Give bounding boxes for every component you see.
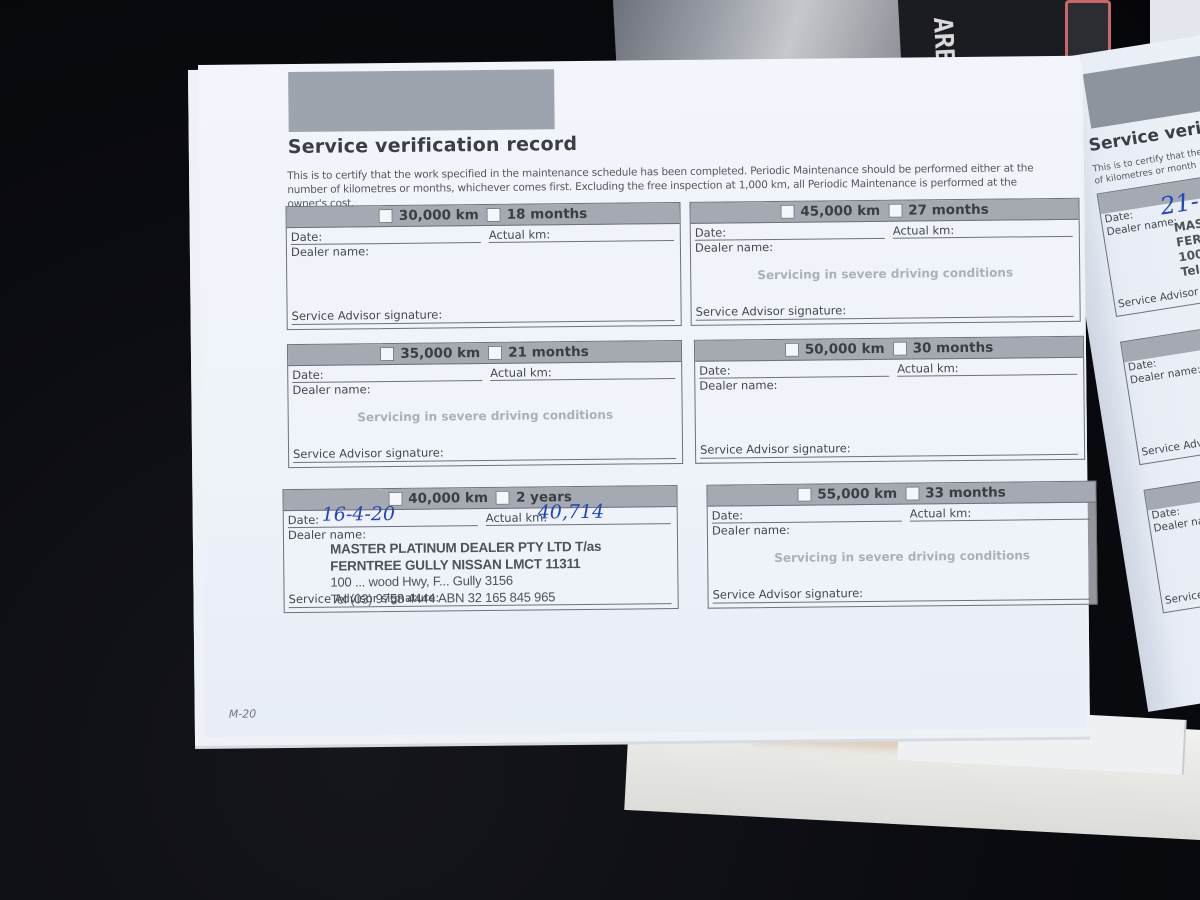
- facing-record-1: 21- Date: Dealer name: MAS FER 100 Tel S…: [1097, 164, 1200, 317]
- facing-record-2: Date: Dealer name: Ser Service Advisor: [1120, 312, 1200, 465]
- dealer-name-label: Dealer name:: [695, 240, 773, 255]
- period-checkbox[interactable]: [496, 491, 510, 505]
- date-km-row: Date: 16-4-20 Actual km: 40,714: [288, 508, 671, 528]
- period-checkbox[interactable]: [488, 346, 502, 360]
- service-advisor-signature[interactable]: Service Advisor signature:: [713, 584, 1091, 604]
- signature-label: Service Advisor: [1161, 582, 1200, 608]
- date-field[interactable]: Date:: [292, 366, 482, 383]
- record-header: 35,000 km 21 months: [288, 341, 681, 366]
- severe-conditions-note: Servicing in severe driving conditions: [691, 265, 1079, 283]
- record-header: 50,000 km 30 months: [695, 337, 1083, 362]
- service-record: 40,000 km 2 years Date: 16-4-20 Actual k…: [282, 485, 678, 613]
- period-checkbox[interactable]: [487, 208, 501, 222]
- actual-km-label: Actual km:: [910, 506, 972, 521]
- severe-conditions-note: Servicing in severe driving conditions: [708, 548, 1096, 566]
- period-interval: 30 months: [913, 340, 994, 357]
- facing-page-tab: [1083, 46, 1200, 128]
- actual-km-label: Actual km:: [489, 227, 551, 242]
- dealer-name-label: Dealer name:: [712, 523, 790, 538]
- date-field[interactable]: Date:: [695, 224, 885, 241]
- handwritten-date: 16-4-20: [322, 503, 396, 526]
- dealer-name-label: Dealer name:: [291, 244, 369, 259]
- period-interval: 33 months: [925, 485, 1006, 502]
- actual-km-field[interactable]: Actual km:: [893, 222, 1073, 239]
- date-label: Date:: [291, 230, 323, 244]
- actual-km-field[interactable]: Actual km:: [490, 364, 675, 381]
- date-km-row: Date: Actual km:: [291, 225, 674, 245]
- km-checkbox[interactable]: [379, 209, 393, 223]
- page-title: Service verification record: [288, 133, 578, 158]
- service-advisor-signature[interactable]: Service Advisor signature:: [292, 305, 675, 325]
- date-km-row: Date: Actual km:: [292, 363, 675, 383]
- km-interval: 40,000 km: [408, 490, 488, 507]
- date-label: Date:: [695, 225, 727, 239]
- date-field[interactable]: Date:: [291, 228, 481, 245]
- service-advisor-signature[interactable]: Service Advisor signature:: [289, 588, 672, 608]
- service-advisor-signature[interactable]: Service Advisor signature:: [696, 301, 1074, 321]
- km-interval: 55,000 km: [817, 486, 897, 503]
- service-record: 50,000 km 30 months Date: Actual km: Dea…: [694, 336, 1085, 464]
- service-record: 35,000 km 21 months Date: Actual km: Dea…: [287, 340, 683, 468]
- period-checkbox[interactable]: [888, 204, 902, 218]
- handwritten-date: 21-: [1158, 187, 1200, 221]
- period-checkbox[interactable]: [893, 342, 907, 356]
- signature-label: Service Advisor: [1114, 286, 1199, 312]
- date-km-row: Date: Actual km:: [699, 359, 1077, 379]
- date-field[interactable]: Date:: [699, 362, 889, 379]
- actual-km-field[interactable]: Actual km:: [897, 360, 1077, 377]
- period-interval: 18 months: [507, 206, 588, 223]
- km-checkbox[interactable]: [785, 343, 799, 357]
- dealer-name-label: Dealer name:: [288, 527, 366, 542]
- actual-km-field[interactable]: Actual km:: [910, 505, 1090, 522]
- date-field[interactable]: Date: 16-4-20: [288, 511, 478, 528]
- km-interval: 35,000 km: [400, 345, 480, 362]
- actual-km-field[interactable]: Actual km: 40,714: [486, 509, 671, 526]
- km-interval: 45,000 km: [800, 203, 880, 220]
- actual-km-label: Actual km:: [893, 223, 955, 238]
- km-checkbox[interactable]: [780, 205, 794, 219]
- date-field[interactable]: Date:: [712, 507, 902, 524]
- service-record: 45,000 km 27 months Date: Actual km: Dea…: [689, 198, 1080, 326]
- service-record: 30,000 km 18 months Date: Actual km: Dea…: [285, 202, 681, 330]
- date-label: Date:: [712, 508, 744, 522]
- handwritten-km: 40,714: [538, 501, 605, 524]
- dealer-name-label: Dealer name:: [699, 378, 777, 393]
- service-advisor-signature[interactable]: Service Advisor signature:: [700, 439, 1078, 459]
- service-advisor-signature[interactable]: Service Advisor signature:: [293, 443, 676, 463]
- facing-record-3: Date: Dealer name: Service Advisor: [1143, 460, 1200, 613]
- date-label: Date:: [292, 368, 324, 382]
- actual-km-label: Actual km:: [490, 365, 552, 380]
- date-km-row: Date: Actual km:: [695, 221, 1073, 241]
- page-number: M-20: [229, 707, 257, 720]
- record-header: 45,000 km 27 months: [690, 199, 1078, 224]
- km-checkbox[interactable]: [380, 347, 394, 361]
- severe-conditions-note: Servicing in severe driving conditions: [289, 407, 682, 425]
- km-checkbox[interactable]: [797, 488, 811, 502]
- service-record-page: Service verification record This is to c…: [198, 56, 1087, 737]
- dealer-stamp: MAS FER 100 Tel: [1173, 216, 1200, 280]
- record-header: 55,000 km 33 months: [707, 482, 1095, 507]
- period-interval: 27 months: [908, 202, 989, 219]
- service-record: 55,000 km 33 months Date: Actual km: Dea…: [706, 481, 1097, 609]
- section-tab: [288, 69, 555, 132]
- km-interval: 50,000 km: [805, 341, 885, 358]
- record-header: 30,000 km 18 months: [286, 203, 679, 228]
- period-interval: 21 months: [508, 344, 589, 361]
- signature-label: Service Advisor: [1138, 434, 1200, 460]
- date-label: Date:: [699, 363, 731, 377]
- km-interval: 30,000 km: [399, 207, 479, 224]
- date-label: Date:: [288, 513, 320, 527]
- date-km-row: Date: Actual km:: [712, 504, 1090, 524]
- period-checkbox[interactable]: [905, 486, 919, 500]
- dealer-name-label: Dealer name:: [292, 382, 370, 397]
- actual-km-field[interactable]: Actual km:: [489, 226, 674, 243]
- actual-km-label: Actual km:: [897, 361, 959, 376]
